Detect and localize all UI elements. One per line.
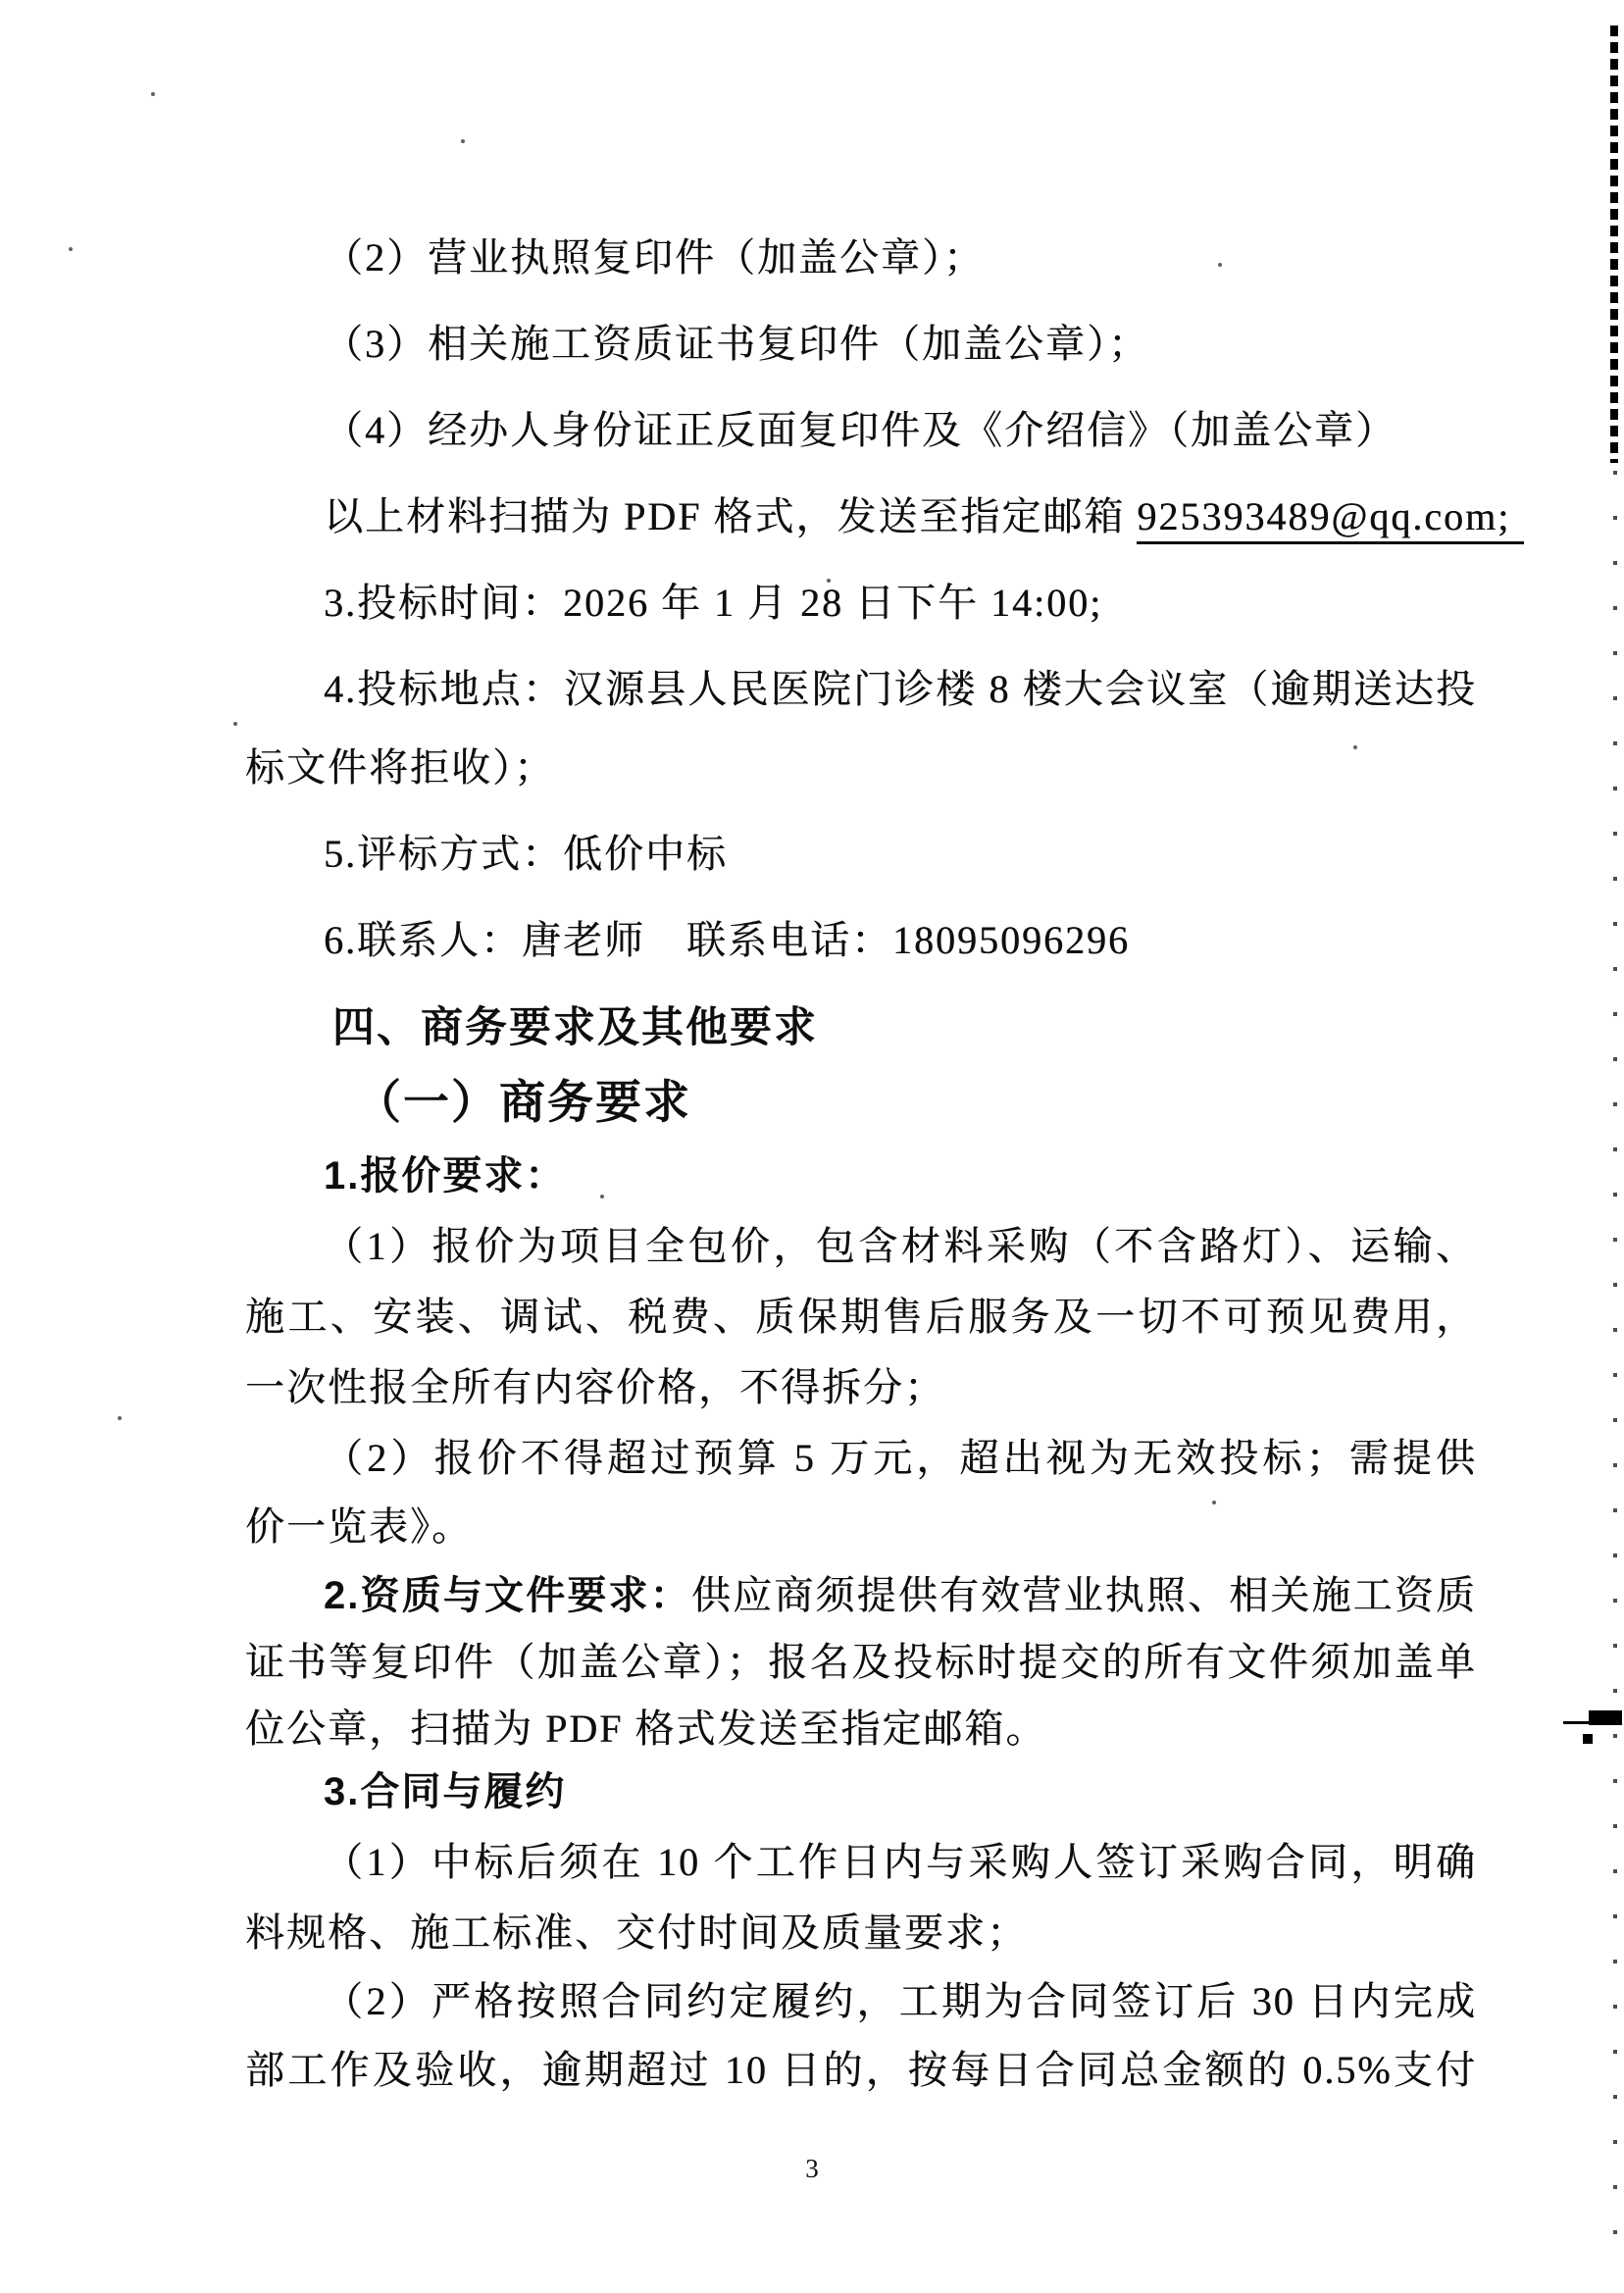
scan-speck [461, 139, 465, 143]
doc-line-contract-2b: 部工作及验收，逾期超过 10 日的，按每日合同总金额的 0.5%支付违 [245, 2046, 1477, 2099]
scan-artifact-ink-blob [1589, 1710, 1622, 1725]
scan-artifact-edge-dashes [1613, 471, 1617, 2246]
qualification-rest: 供应商须提供有效营业执照、相关施工资质 [691, 1573, 1477, 1617]
doc-line-pricing-2b: 价一览表》。 [245, 1503, 473, 1552]
doc-line-contract-1b: 料规格、施工标准、交付时间及质量要求； [245, 1909, 1028, 1958]
doc-line-contract-1a: （1）中标后须在 10 个工作日内与采购人签订采购合同，明确材 [324, 1838, 1477, 1891]
doc-line-bid-time: 3.投标时间：2026 年 1 月 28 日下午 14:00; [324, 579, 1102, 628]
doc-line-pricing-1b: 施工、安装、调试、税费、质保期售后服务及一切不可预见费用，需 [245, 1293, 1477, 1346]
scan-speck [233, 722, 237, 726]
scan-speck [69, 247, 73, 251]
scan-speck [1218, 263, 1222, 267]
scan-speck [151, 92, 155, 96]
page-number: 3 [0, 2154, 1624, 2184]
doc-line-qualification-b: 证书等复印件（加盖公章）；报名及投标时提交的所有文件须加盖单 [245, 1638, 1477, 1691]
doc-line-qualification-a: 2.资质与文件要求：供应商须提供有效营业执照、相关施工资质 [324, 1571, 1477, 1624]
doc-line-pricing-1a: （1）报价为项目全包价，包含材料采购（不含路灯）、运输、 [324, 1222, 1477, 1275]
materials-email-prefix: 以上材料扫描为 PDF 格式，发送至指定邮箱 [324, 494, 1137, 538]
doc-line-bid-location-1: 4.投标地点：汉源县人民医院门诊楼 8 楼大会议室（逾期送达投 [324, 665, 1477, 718]
doc-line-bid-location-2: 标文件将拒收）； [245, 743, 555, 792]
section-heading-business-requirements: 四、商务要求及其他要求 [332, 1002, 818, 1053]
scan-speck [827, 579, 831, 583]
subsection-heading-business-requirements: （一）商务要求 [355, 1075, 691, 1130]
doc-line-pricing-2a: （2）报价不得超过预算 5 万元，超出视为无效投标；需提供《报 [324, 1434, 1477, 1487]
qualification-lead: 2.资质与文件要求： [324, 1574, 691, 1617]
scan-speck [600, 1195, 604, 1198]
doc-line-item-business-license: （2）营业执照复印件（加盖公章）； [324, 233, 985, 282]
email-address: 925393489@qq.com; [1137, 494, 1524, 544]
doc-line-pricing-1c: 一次性报全所有内容价格，不得拆分； [245, 1363, 945, 1412]
doc-line-contract-title: 3.合同与履约 [324, 1767, 566, 1816]
doc-line-evaluation-method: 5.评标方式：低价中标 [324, 830, 728, 879]
scan-speck [1212, 1501, 1216, 1504]
scanned-document-page: （2）营业执照复印件（加盖公章）； （3）相关施工资质证书复印件（加盖公章）； … [0, 0, 1624, 2293]
doc-line-materials-email: 以上材料扫描为 PDF 格式，发送至指定邮箱 925393489@qq.com; [324, 492, 1524, 541]
scan-speck [118, 1416, 122, 1420]
doc-line-item-id-card: （4）经办人身份证正反面复印件及《介绍信》（加盖公章） [324, 406, 1396, 455]
doc-line-item-construction-qualification: （3）相关施工资质证书复印件（加盖公章）； [324, 320, 1149, 369]
scan-speck [1353, 745, 1357, 749]
scan-artifact-edge-strip [1610, 25, 1618, 463]
doc-line-contract-2a: （2）严格按照合同约定履约，工期为合同签订后 30 日内完成全 [324, 1977, 1477, 2030]
doc-line-pricing-title: 1.报价要求： [324, 1151, 566, 1200]
doc-line-contact: 6.联系人：唐老师 联系电话：18095096296 [324, 916, 1130, 965]
doc-line-qualification-c: 位公章，扫描为 PDF 格式发送至指定邮箱。 [245, 1705, 1046, 1754]
